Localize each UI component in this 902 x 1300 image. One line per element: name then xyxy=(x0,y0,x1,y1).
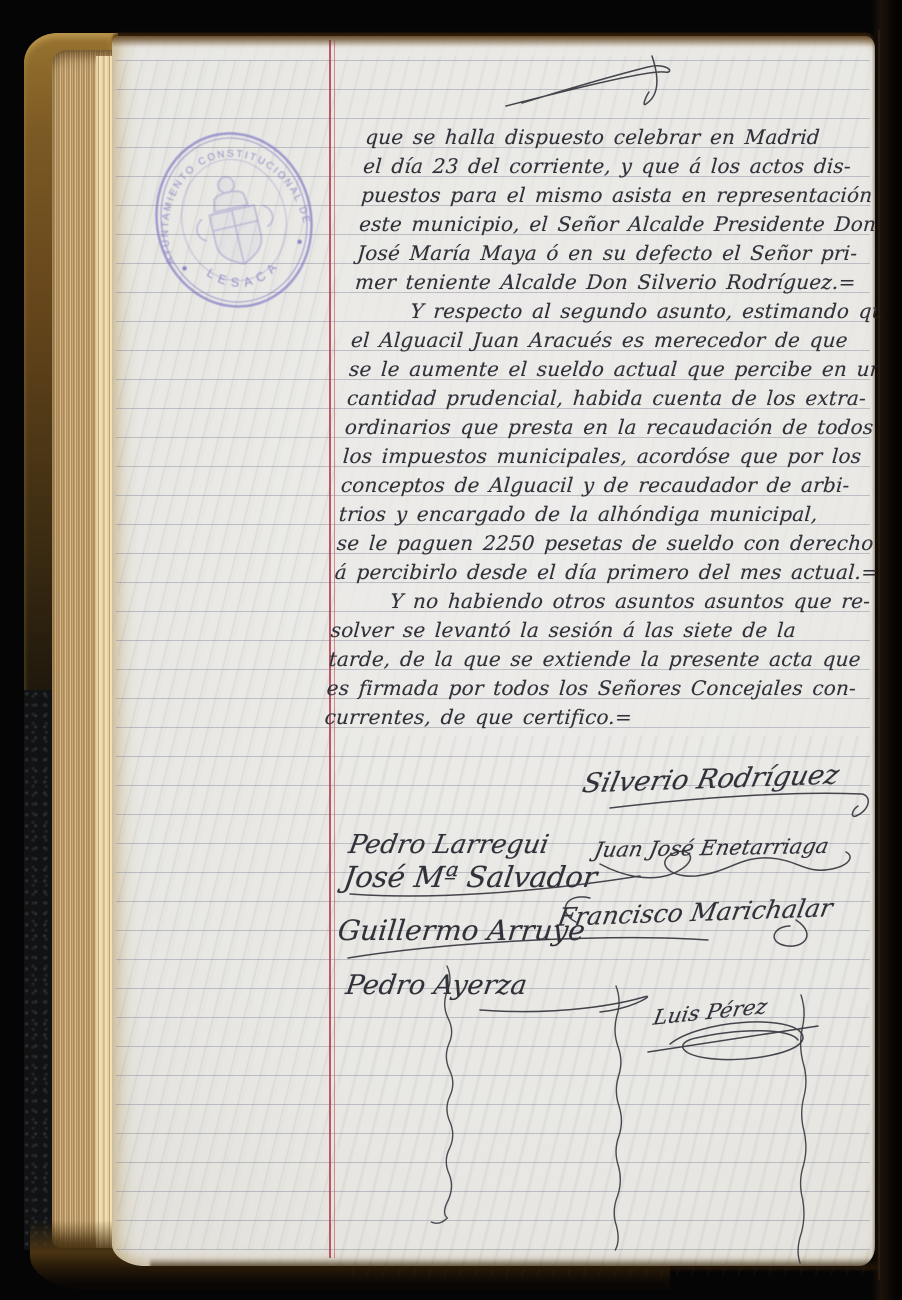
manuscript-line: tarde, de la que se extiende la presente… xyxy=(328,645,858,674)
signature-jose-ma-salvador: José Mª Salvador xyxy=(342,860,600,894)
book-gutter-shadow xyxy=(872,0,902,1300)
manuscript-line: este municipio, el Señor Alcalde Preside… xyxy=(358,210,888,239)
manuscript-body-text: que se halla dispuesto celebrar en Madri… xyxy=(324,123,895,732)
manuscript-line: el día 23 del corriente, y que á los act… xyxy=(362,152,892,181)
manuscript-line: puestos para el mismo asista en represen… xyxy=(360,181,890,210)
stamp-dot-right xyxy=(297,239,302,244)
manuscript-line: solver se levantó la sesión á las siete … xyxy=(330,616,860,645)
manuscript-line: conceptos de Alguacil y de recaudador de… xyxy=(340,471,870,500)
signature-pedro-ayerza: Pedro Ayerza xyxy=(344,970,529,1001)
manuscript-line: se le paguen 2250 pesetas de sueldo con … xyxy=(336,529,866,558)
signature-pedro-larregui: Pedro Larregui xyxy=(346,830,551,860)
manuscript-line: mer teniente Alcalde Don Silverio Rodríg… xyxy=(354,268,884,297)
manuscript-line: el Alguacil Juan Aracués es merecedor de… xyxy=(350,326,880,355)
manuscript-line: á percibirlo desde el día primero del me… xyxy=(334,558,864,587)
coat-of-arms-icon xyxy=(187,168,282,272)
manuscript-line: que se halla dispuesto celebrar en Madri… xyxy=(364,123,894,152)
signature-juan-jose-enetarriaga: Juan José Enetarriaga xyxy=(592,834,831,862)
manuscript-line: cantidad prudencial, habida cuenta de lo… xyxy=(346,384,876,413)
manuscript-line: ordinarios que presta en la recaudación … xyxy=(344,413,874,442)
page-bottom-burnt-edge xyxy=(150,1258,880,1270)
manuscript-line: Y no habiendo otros asuntos asuntos que … xyxy=(332,587,862,616)
book-gutter-line xyxy=(878,30,880,1280)
manuscript-line: Y respecto al segundo asunto, estimando … xyxy=(352,297,882,326)
manuscript-line: se le aumente el sueldo actual que perci… xyxy=(348,355,878,384)
manuscript-line: trios y encargado de la alhóndiga munici… xyxy=(338,500,868,529)
stamp-dot-left xyxy=(182,266,187,271)
scanned-minute-book-photo: que se halla dispuesto celebrar en Madri… xyxy=(0,0,902,1300)
signature-guillermo-arruye: Guillermo Arruye xyxy=(336,914,586,947)
manuscript-line: José María Maya ó en su defecto el Señor… xyxy=(356,239,886,268)
page-top-burnt-edge xyxy=(112,33,875,47)
manuscript-line: es firmada por todos los Señores Conceja… xyxy=(326,674,856,703)
manuscript-line: currentes, de que certifico.= xyxy=(324,703,854,732)
manuscript-line: los impuestos municipales, acordóse que … xyxy=(342,442,872,471)
